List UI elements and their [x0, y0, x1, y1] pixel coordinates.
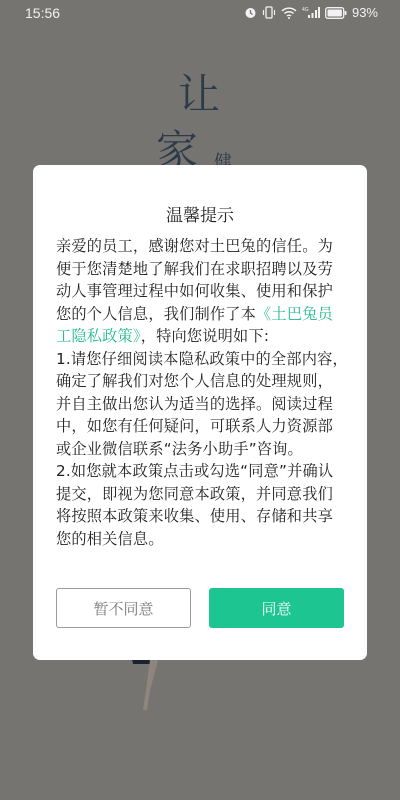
- wifi-icon: [281, 6, 297, 19]
- splash-title-char: 让: [178, 62, 220, 122]
- 4g-signal-icon: 4G: [302, 6, 320, 19]
- vibrate-icon: [262, 6, 276, 19]
- dialog-title: 温馨提示: [33, 201, 367, 226]
- alarm-icon: [244, 6, 257, 19]
- policy-item-1: 1.请您仔细阅读本隐私政策中的全部内容，确定了解我们对您个人信息的处理规则，并自…: [56, 348, 348, 461]
- dialog-body: 亲爱的员工，感谢您对土巴兔的信任。为便于您清楚地了解我们在求职招聘以及劳动人事管…: [56, 235, 348, 550]
- intro-text-end: ，特向您说明如下:: [141, 327, 269, 345]
- status-time: 15:56: [25, 5, 60, 21]
- battery-percent: 93%: [352, 5, 378, 20]
- splash-illustration: [120, 650, 200, 720]
- policy-item-2: 2.如您就本政策点击或勾选“同意”并确认提交，即视为您同意本政策，并同意我们将按…: [56, 460, 348, 550]
- agree-button[interactable]: 同意: [209, 588, 344, 628]
- status-icons: 4G 93%: [244, 5, 378, 20]
- intro-paragraph: 亲爱的员工，感谢您对土巴兔的信任。为便于您清楚地了解我们在求职招聘以及劳动人事管…: [56, 235, 348, 348]
- battery-icon: [325, 7, 347, 19]
- privacy-dialog: 温馨提示 亲爱的员工，感谢您对土巴兔的信任。为便于您清楚地了解我们在求职招聘以及…: [33, 165, 367, 660]
- decline-button[interactable]: 暂不同意: [56, 588, 191, 628]
- status-bar: 15:56 4G 93%: [0, 0, 400, 28]
- svg-text:4G: 4G: [302, 7, 309, 13]
